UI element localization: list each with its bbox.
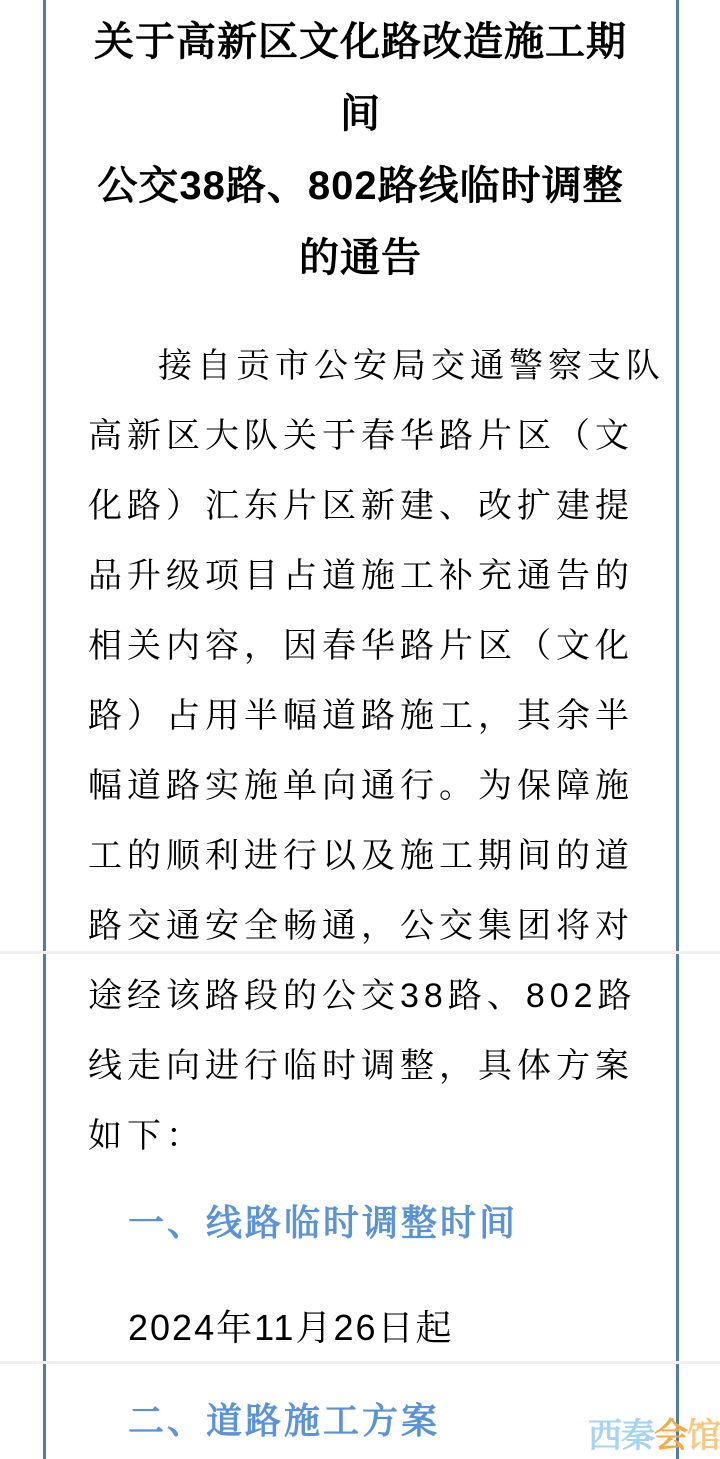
notice-article-page: 关于高新区文化路改造施工期 间 公交38路、802路线临时调整 的通告 接自贡市… — [0, 0, 720, 1459]
title-line: 间 — [45, 78, 676, 150]
title-line: 关于高新区文化路改造施工期 — [45, 6, 676, 78]
body-line: 幅道路实施单向通行。为保障施 — [88, 751, 688, 821]
body-line: 如下： — [88, 1101, 688, 1171]
watermark: 西秦会馆 — [588, 1416, 720, 1456]
watermark-light-orange-text: 馆 — [687, 1417, 720, 1455]
notice-title: 关于高新区文化路改造施工期 间 公交38路、802路线临时调整 的通告 — [45, 6, 676, 294]
body-line: 线走向进行临时调整，具体方案 — [88, 1031, 688, 1101]
body-line: 接自贡市公安局交通警察支队 — [88, 331, 688, 401]
section-1-heading: 一、线路临时调整时间 — [128, 1201, 518, 1245]
body-line: 途经该路段的公交38路、802路 — [88, 961, 688, 1031]
body-line: 相关内容，因春华路片区（文化 — [88, 611, 688, 681]
body-line: 化路）汇东片区新建、改扩建提 — [88, 471, 688, 541]
title-line: 公交38路、802路线临时调整 — [45, 150, 676, 222]
body-line: 品升级项目占道施工补充通告的 — [88, 541, 688, 611]
section-2-heading: 二、道路施工方案 — [128, 1399, 440, 1443]
watermark-blue-text: 西秦 — [588, 1417, 654, 1455]
watermark-orange-text: 会 — [654, 1417, 687, 1455]
notice-body-paragraph: 接自贡市公安局交通警察支队 高新区大队关于春华路片区（文 化路）汇东片区新建、改… — [88, 331, 688, 1171]
body-line: 路）占用半幅道路施工，其余半 — [88, 681, 688, 751]
screenshot-stitch-seam — [0, 1361, 720, 1364]
section-1-content-date: 2024年11月26日起 — [128, 1306, 454, 1350]
title-line: 的通告 — [45, 222, 676, 294]
body-line: 高新区大队关于春华路片区（文 — [88, 401, 688, 471]
body-line: 工的顺利进行以及施工期间的道 — [88, 821, 688, 891]
body-line: 路交通安全畅通，公交集团将对 — [88, 891, 688, 961]
